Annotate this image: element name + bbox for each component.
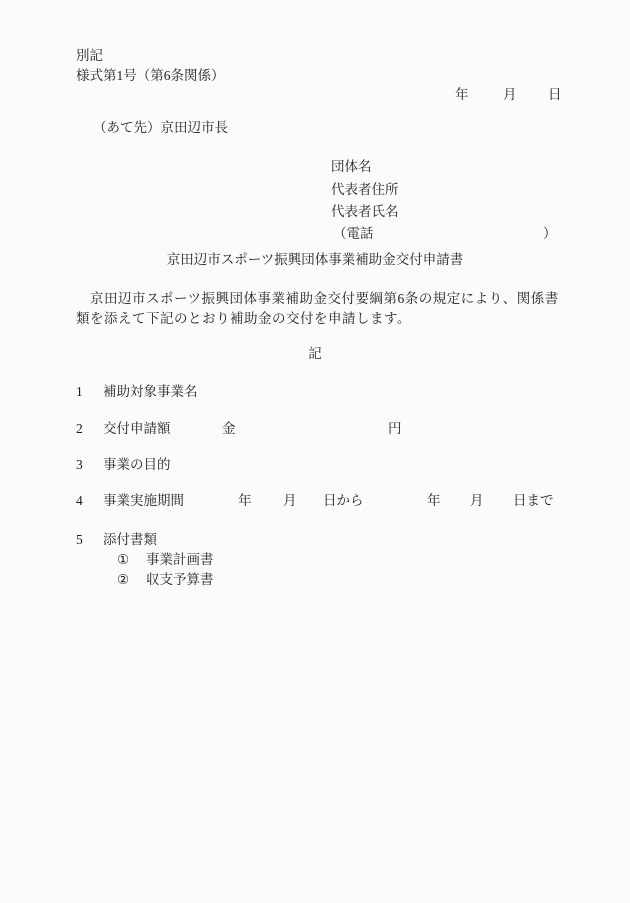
period-to-year-label: 年 [427,491,441,511]
addressee-line: （あて先）京田辺市長 [93,118,228,138]
attachment-item-2: ② 収支予算書 [0,570,630,590]
attachment-label: 事業計画書 [146,550,214,570]
item-label: 事業の目的 [103,455,171,475]
period-to-day-label: 日まで [513,491,554,511]
item-number: 4 [76,491,83,511]
date-day-label: 日 [548,85,562,105]
list-item-5: 5 添付書類 [0,530,630,550]
item-number: 5 [76,530,83,550]
period-from-day-label: 日から [323,491,364,511]
item-number: 1 [76,382,83,402]
document-title: 京田辺市スポーツ振興団体事業補助金交付申請書 [0,250,630,270]
attachment-label: 収支予算書 [146,570,214,590]
item-number: 2 [76,419,83,439]
phone-close-label: ） [543,224,557,244]
attachment-item-1: ① 事業計画書 [0,550,630,570]
date-month-label: 月 [503,85,517,105]
list-item-1: 1 補助対象事業名 [0,382,630,402]
date-line: 年 月 日 [0,85,630,105]
applicant-address-label: 代表者住所 [331,180,399,200]
period-from-year-label: 年 [238,491,252,511]
applicant-phone-line: （電話 ） [0,224,630,244]
amount-prefix-label: 金 [222,419,236,439]
item-label: 添付書類 [103,530,157,550]
annex-note: 別記 [76,46,103,66]
body-paragraph-line-2: 類を添えて下記のとおり補助金の交付を申請します。 [76,309,411,329]
ki-marker: 記 [0,344,630,364]
item-number: 3 [76,455,83,475]
applicant-name-label: 代表者氏名 [331,202,399,222]
applicant-org-label: 団体名 [331,157,372,177]
item-label: 事業実施期間 [103,491,184,511]
document-page: 別記 様式第1号（第6条関係） 年 月 日 （あて先）京田辺市長 団体名 代表者… [0,0,630,903]
attachment-marker: ① [117,550,129,570]
period-from-month-label: 月 [283,491,297,511]
body-paragraph-line-1: 京田辺市スポーツ振興団体事業補助金交付要綱第6条の規定により、関係書 [76,289,559,309]
item-label: 補助対象事業名 [103,382,198,402]
date-year-label: 年 [455,85,469,105]
period-to-month-label: 月 [470,491,484,511]
form-number: 様式第1号（第6条関係） [76,66,225,86]
phone-open-label: （電話 [333,224,374,244]
list-item-3: 3 事業の目的 [0,455,630,475]
list-item-2: 2 交付申請額 金 円 [0,419,630,439]
attachment-marker: ② [117,570,129,590]
amount-unit-label: 円 [388,419,402,439]
item-label: 交付申請額 [103,419,171,439]
list-item-4: 4 事業実施期間 年 月 日から 年 月 日まで [0,491,630,511]
